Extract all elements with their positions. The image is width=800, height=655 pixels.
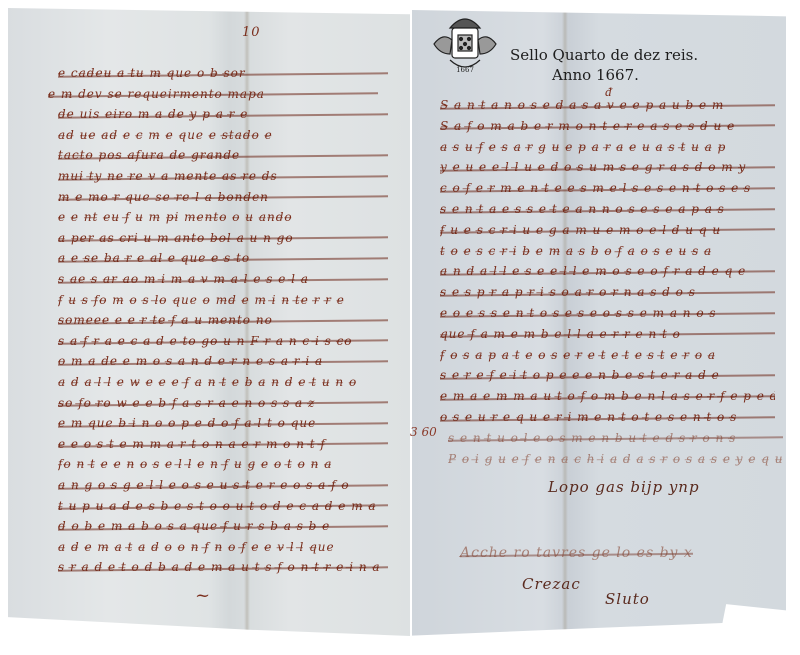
manuscript-line: S̶ a̶ f̶ o̶ m̶ a̶ b̶ e̶ r̶ m̶ o̶ n̶ t̶ e… <box>440 119 775 133</box>
manuscript-line: a̶ d̶ a̶ l̶ l̶ e̶ w̶ e̶ e̶ e̶ f̶ a̶ n̶ t… <box>58 375 388 389</box>
manuscript-line: t̶a̶c̶t̶o̶ p̶o̶s̶ a̶f̶u̶r̶a̶ d̶e̶ g̶r̶a̶… <box>58 148 388 162</box>
flourish-left: ~ <box>195 585 211 606</box>
manuscript-line: e̶ m̶ dev se̶ re̶queirmento mapa <box>48 87 378 101</box>
signature-crezac: Crezac <box>522 575 581 593</box>
manuscript-line: f̶ o̶ s̶ a̶ p̶ a̶ t̶ e̶ o̶ s̶ e̶ r̶ e̶ t… <box>440 348 775 362</box>
stamp-text-title: Sello Quarto de dez reis. <box>510 46 698 64</box>
manuscript-line: s̶ a̶e̶ s̶ a̶r̶ a̶o̶ m̶ i̶ m̶ a̶ v̶ m̶ a… <box>58 272 388 286</box>
signature-acche: Acche ro tavres ge lo es by x <box>460 545 693 561</box>
manuscript-line: m̶u̶i̶ t̶y̶ n̶e̶ r̶e̶ v̶ a̶ m̶e̶n̶t̶e̶ a… <box>58 169 388 183</box>
manuscript-line: s̶ e̶ s̶ p̶ r̶ a̶ p̶ r̶ i̶ s̶ o̶ a̶ r̶ o… <box>440 285 775 299</box>
stamp-text-year: Anno 1667. <box>552 66 639 84</box>
manuscript-line: y̶ e̶ u̶ e̶ e̶ l̶ l̶ u̶ e̶ d̶ o̶ s̶ u̶ m… <box>440 160 775 174</box>
manuscript-line: a̶ s̶ u̶ f̶ e̶ s̶ a̶ r̶ g̶ u̶ e̶ p̶ a̶ r… <box>440 140 775 154</box>
manuscript-line: s̶ e̶ n̶ t̶ a̶ e̶ s̶ s̶ e̶ t̶ e̶ a̶ n̶ n… <box>440 202 775 216</box>
manuscript-line: q̶ue f̶ a̶ m̶ e̶ m̶ b̶ e̶ l̶ l̶ a̶ e̶ r̶… <box>440 327 775 341</box>
manuscript-line: a̶d̶ u̶e̶ a̶d̶ e̶ c̶ m̶ e̶ q̶ue e̶ s̶t̶a… <box>58 128 388 142</box>
manuscript-line: s̶ e̶ n̶ t̶ u̶ o̶ l̶ e̶ o̶ s̶ m̶ e̶ n̶ b… <box>448 431 783 445</box>
manuscript-line: d̶e̶ uis e̶i̶r̶o̶ m̶ a̶ d̶e̶ y̶ p̶ a̶ r̶… <box>58 107 388 121</box>
royal-coat-of-arms-seal-icon: 1667 <box>428 8 502 82</box>
manuscript-line: S̶ a̶ n̶ t̶ a̶ n̶ o̶ s̶ e̶ d̶ a̶ s̶ a̶ v… <box>440 98 775 112</box>
manuscript-line: a̶ n̶ g̶ o̶ s̶ g̶ e̶ l̶ l̶ e̶ o̶ s̶ e̶ u… <box>58 478 388 492</box>
signature-lopo: Lopo gas bijp ynp <box>548 478 700 496</box>
manuscript-line: t̶ u̶ p̶ u̶ a̶ d̶ e̶ s̶ b̶ e̶ s̶ t̶ o̶ o… <box>58 499 388 513</box>
manuscript-line: a̶ d̶ e̶ m̶ a̶ t̶ a̶ d̶ o̶ o̶ n̶ f̶ n̶ o… <box>58 540 388 554</box>
svg-text:1667: 1667 <box>456 66 474 74</box>
manuscript-line: m̶ e̶ m̶o̶ r̶ q̶ue se̶ r̶e̶ l̶ a̶ b̶o̶n̶… <box>58 190 388 204</box>
manuscript-line: a̶ n̶ d̶ a̶ l̶ l̶ e̶ s̶ e̶ e̶ l̶ l̶ e̶ m… <box>440 264 775 278</box>
manuscript-line: s̶ a̶ f̶ r̶ a̶ e̶ c̶ a̶ d̶ e̶ t̶o̶ g̶o̶ … <box>58 334 388 348</box>
manuscript-line: f̶ u̶ e̶ s̶ c̶ r̶ i̶ u̶ e̶ g̶ a̶ m̶ u̶ e… <box>440 223 775 237</box>
manuscript-line: a̶ e̶ s̶e̶ b̶a̶ r̶ e̶ a̶l̶ e̶ q̶ue e̶ s̶… <box>58 251 388 265</box>
manuscript-line: s̶o̶ f̶o̶ r̶o̶ w̶ e̶ e̶ b̶ f̶ a̶ s̶ r̶ a… <box>58 396 388 410</box>
manuscript-line: e̶ e̶ o̶ s̶ t̶ e̶ m̶ m̶ a̶ r̶ t̶ o̶ n̶ a… <box>58 437 388 451</box>
manuscript-line: c̶ o̶ f̶ e̶ r̶ m̶ e̶ n̶ t̶ e̶ e̶ s̶ m̶ e… <box>440 181 775 195</box>
signature-sluto: Sluto <box>605 590 650 608</box>
manuscript-line: e̶ o̶ e̶ s̶ s̶ e̶ n̶ t̶ o̶ s̶ e̶ s̶ e̶ o… <box>440 306 775 320</box>
manuscript-line: P̶ o̶ i̶ g̶ u̶ e̶ f̶ e̶ n̶ a̶ c̶ h̶ i̶ a… <box>448 452 783 466</box>
folio-mark-left: 10 <box>242 25 261 40</box>
manuscript-line: e̶ m̶ q̶ue b̶ i̶ n̶ o̶ o̶ p̶ e̶ d̶ o̶ f̶… <box>58 416 388 430</box>
manuscript-line: s̶o̶m̶e̶e̶e̶ e̶ e̶ r̶ t̶e̶ f̶ a̶ u̶ m̶e̶… <box>58 313 388 327</box>
manuscript-line: e̶ m̶ a̶ e̶ m̶ m̶ a̶ u̶ t̶ o̶ f̶ o̶ m̶ b… <box>440 389 775 403</box>
manuscript-line: o̶ m̶ a̶ d̶e̶ e̶ m̶ o̶ s̶ a̶ n̶ d̶ e̶ r̶… <box>58 354 388 368</box>
manuscript-line: e̶ e̶ n̶t̶ e̶u̶ f̶ u̶ m̶ p̶i̶ m̶e̶n̶t̶o̶… <box>58 210 388 224</box>
manuscript-line: f̶ u̶ s̶ f̶o̶ m̶ o̶ s̶ l̶o̶ q̶ue o̶ m̶d̶… <box>58 293 388 307</box>
manuscript-line: t̶ o̶ e̶ s̶ c̶ r̶ i̶ b̶ e̶ m̶ a̶ s̶ b̶ o… <box>440 244 775 258</box>
manuscript-line: o̶ s̶ e̶ u̶ r̶ e̶ q̶ u̶ e̶ r̶ i̶ m̶ e̶ n… <box>440 410 775 424</box>
manuscript-line: s̶ e̶ r̶ e̶ f̶ e̶ i̶ t̶ o̶ p̶ e̶ e̶ e̶ n… <box>440 368 775 382</box>
manuscript-line: d̶ o̶ b̶ e̶ m̶ a̶ b̶ o̶ s̶ a̶ q̶ue f̶ u̶… <box>58 519 388 533</box>
manuscript-line: e̶ ca̶d̶e̶u̶ a̶ t̶u̶ m̶ q̶ue o b̶ s̶o̶r̶ <box>58 66 388 80</box>
manuscript-line: a̶ p̶e̶r̶ a̶s̶ c̶r̶i̶ u̶ m̶ a̶n̶t̶o̶ b̶o… <box>58 231 388 245</box>
manuscript-line: s̶ r̶ a̶ d̶ e̶ t̶ o̶ d̶ b̶ a̶ d̶ e̶ m̶ a… <box>58 560 388 574</box>
margin-number: 3 60 <box>410 425 437 439</box>
manuscript-line: f̶o̶ n̶ t̶ e̶ e̶ n̶ o̶ s̶ e̶ l̶ l̶ e̶ n̶… <box>58 457 388 471</box>
